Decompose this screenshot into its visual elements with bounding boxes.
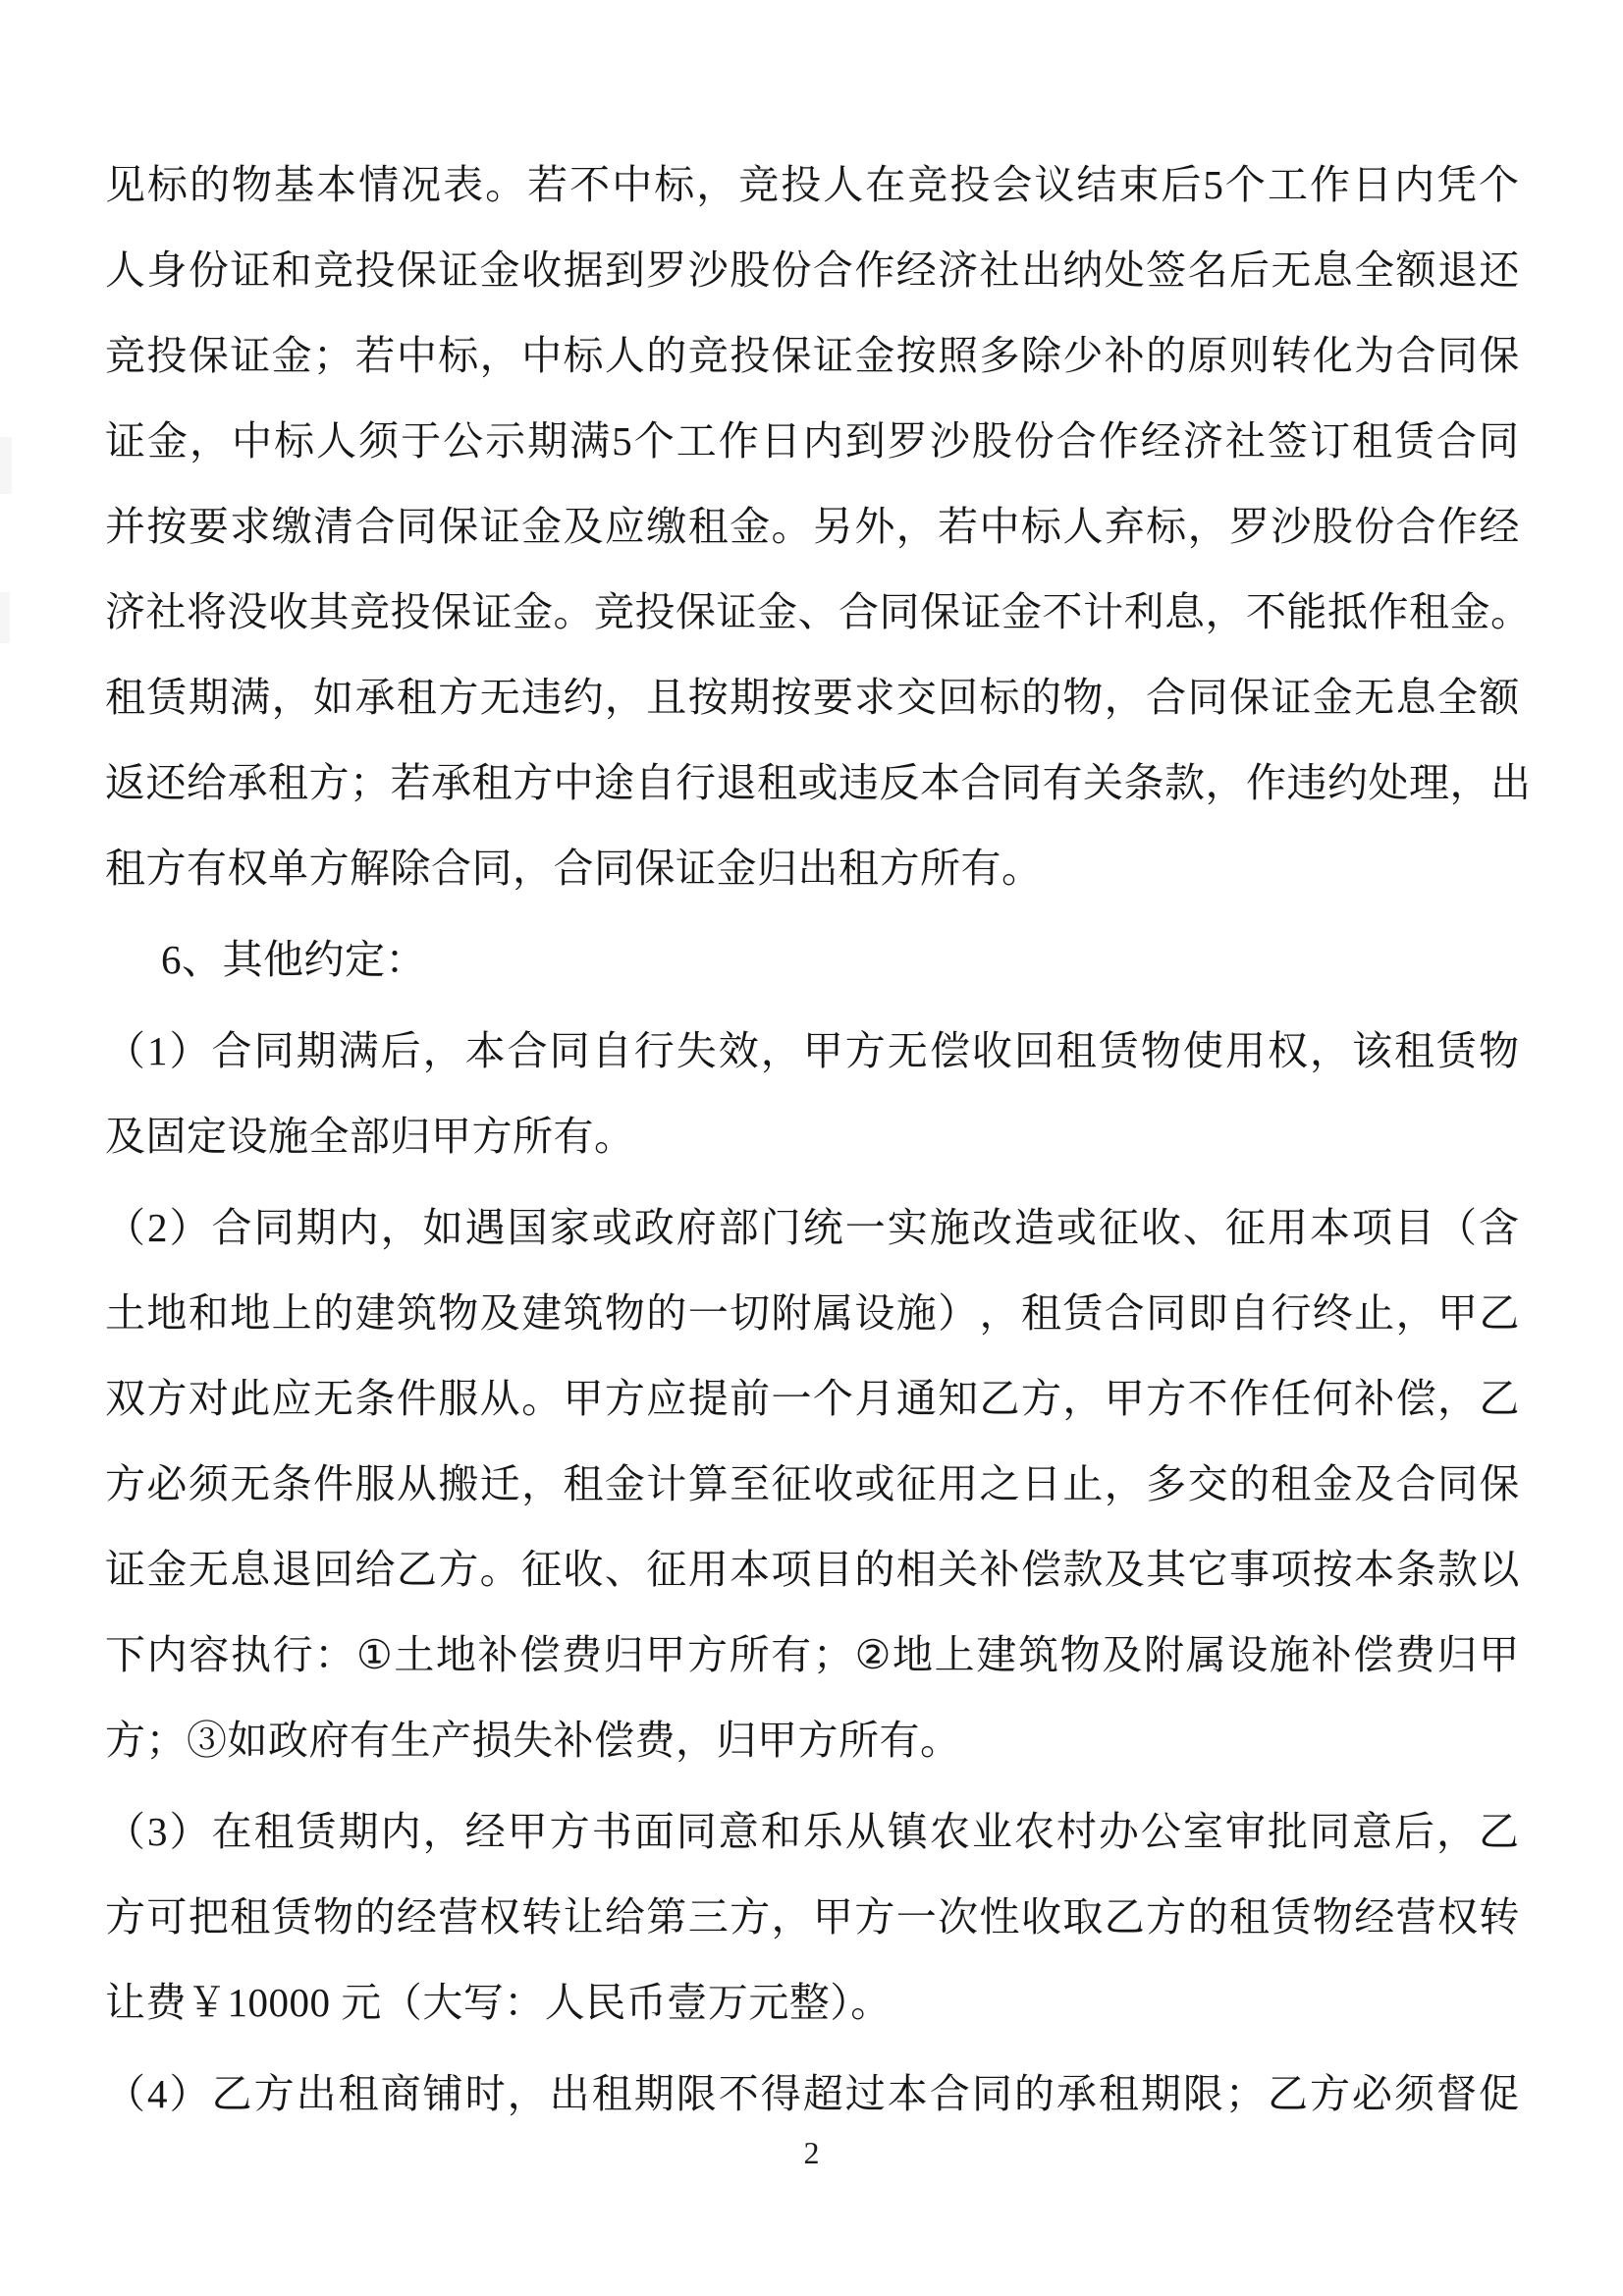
clause-5-continuation: 见标的物基本情况表。若不中标，竞投人在竞投会议结束后5个工作日内凭个人身份证和竞… bbox=[105, 142, 1520, 911]
text-line: 租方有权单方解除合同，合同保证金归出租方所有。 bbox=[105, 826, 1520, 911]
text-line: 济社将没收其竞投保证金。竞投保证金、合同保证金不计利息，不能抵作租金。 bbox=[105, 570, 1520, 655]
text-line: 方可把租赁物的经营权转让给第三方，甲方一次性收取乙方的租赁物经营权转 bbox=[105, 1875, 1520, 1960]
text-line: 人身份证和竞投保证金收据到罗沙股份合作经济社出纳处签名后无息全额退还 bbox=[105, 228, 1520, 313]
text-line: 并按要求缴清合同保证金及应缴租金。另外，若中标人弃标，罗沙股份合作经 bbox=[105, 484, 1520, 570]
text-line: 竞投保证金；若中标，中标人的竞投保证金按照多除少补的原则转化为合同保 bbox=[105, 313, 1520, 399]
text-line: 土地和地上的建筑物及建筑物的一切附属设施），租赁合同即自行终止，甲乙 bbox=[105, 1271, 1520, 1356]
clause-6-item-3: （3）在租赁期内，经甲方书面同意和乐从镇农业农村办公室审批同意后，乙方可把租赁物… bbox=[105, 1789, 1520, 2046]
page-number: 2 bbox=[0, 2133, 1623, 2172]
clause-6-heading: 6、其他约定： bbox=[105, 917, 1520, 1003]
text-line: 返还给承租方；若承租方中途自行退租或违反本合同有关条款，作违约处理，出 bbox=[105, 740, 1520, 826]
page-content: 见标的物基本情况表。若不中标，竞投人在竞投会议结束后5个工作日内凭个人身份证和竞… bbox=[105, 142, 1520, 2137]
text-line: 及固定设施全部归甲方所有。 bbox=[105, 1094, 1520, 1179]
text-line: 见标的物基本情况表。若不中标，竞投人在竞投会议结束后5个工作日内凭个 bbox=[105, 142, 1520, 228]
clause-6-item-1: （1）合同期满后，本合同自行失效，甲方无偿收回租赁物使用权，该租赁物及固定设施全… bbox=[105, 1009, 1520, 1179]
scan-artifact bbox=[0, 437, 12, 494]
text-line: 方；③如政府有生产损失补偿费，归甲方所有。 bbox=[105, 1698, 1520, 1783]
text-line: 证金，中标人须于公示期满5个工作日内到罗沙股份合作经济社签订租赁合同 bbox=[105, 399, 1520, 484]
clause-6-item-2: （2）合同期内，如遇国家或政府部门统一实施改造或征收、征用本项目（含土地和地上的… bbox=[105, 1185, 1520, 1783]
text-line: 方必须无条件服从搬迁，租金计算至征收或征用之日止，多交的租金及合同保 bbox=[105, 1442, 1520, 1527]
document-page: 见标的物基本情况表。若不中标，竞投人在竞投会议结束后5个工作日内凭个人身份证和竞… bbox=[0, 0, 1623, 2296]
text-line: 下内容执行：①土地补偿费归甲方所有；②地上建筑物及附属设施补偿费归甲 bbox=[105, 1613, 1520, 1698]
text-line: 6、其他约定： bbox=[105, 917, 1520, 1003]
clause-6-item-4: （4）乙方出租商铺时，出租期限不得超过本合同的承租期限；乙方必须督促 bbox=[105, 2051, 1520, 2137]
text-line: 让费￥10000 元（大写：人民币壹万元整）。 bbox=[105, 1960, 1520, 2046]
text-line: 证金无息退回给乙方。征收、征用本项目的相关补偿款及其它事项按本条款以 bbox=[105, 1527, 1520, 1613]
text-line: 租赁期满，如承租方无违约，且按期按要求交回标的物，合同保证金无息全额 bbox=[105, 655, 1520, 740]
text-line: （1）合同期满后，本合同自行失效，甲方无偿收回租赁物使用权，该租赁物 bbox=[105, 1009, 1520, 1094]
text-line: 双方对此应无条件服从。甲方应提前一个月通知乙方，甲方不作任何补偿，乙 bbox=[105, 1356, 1520, 1442]
text-line: （3）在租赁期内，经甲方书面同意和乐从镇农业农村办公室审批同意后，乙 bbox=[105, 1789, 1520, 1875]
text-line: （4）乙方出租商铺时，出租期限不得超过本合同的承租期限；乙方必须督促 bbox=[105, 2051, 1520, 2137]
scan-artifact bbox=[0, 592, 10, 643]
text-line: （2）合同期内，如遇国家或政府部门统一实施改造或征收、征用本项目（含 bbox=[105, 1185, 1520, 1271]
